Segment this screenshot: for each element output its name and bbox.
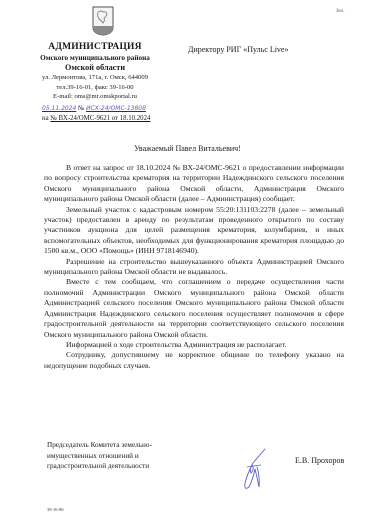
outgoing-no-label: №: [78, 105, 84, 112]
outgoing-registration: 05.11.2024 № ИСХ-24/ОМС-13808: [42, 105, 146, 112]
letter-body: В ответ на запрос от 18.10.2024 № ВХ-24/…: [44, 163, 344, 371]
org-address: ул. Лермонтова, 171а, г. Омск, 644009: [20, 73, 170, 83]
body-paragraph: Земельный участок с кадастровым номером …: [44, 205, 344, 257]
org-title: АДМИНИСТРАЦИЯ: [20, 42, 170, 54]
org-email: E-mail: oms@mr.omskportal.ru: [20, 92, 170, 102]
org-region: Омской области: [20, 63, 170, 73]
addressee: Директору РИГ «Пульс Live»: [188, 45, 288, 54]
body-paragraph: Разрешение на строительство вышеуказанно…: [44, 257, 344, 278]
greeting: Уважаемый Павел Витальевич!: [0, 144, 375, 153]
body-paragraph: Сотруднику, допустившему не корректное о…: [44, 350, 344, 371]
outgoing-number: ИСХ-24/ОМС-13808: [86, 105, 146, 112]
handwritten-signature-icon: [235, 447, 275, 493]
signer-name: Е.В. Прохоров: [295, 456, 344, 465]
org-phone-fax: тел.39-16-01, факс 39-16-00: [20, 83, 170, 93]
footer-phone: 39-16-90: [47, 507, 64, 512]
organization-header: АДМИНИСТРАЦИЯ Омского муниципального рай…: [20, 42, 170, 102]
reference-line: на № ВХ-24/ОМС-9621 от 18.10.2024: [42, 115, 150, 122]
coat-of-arms-icon: [92, 6, 114, 36]
reference-prefix: на: [42, 115, 49, 122]
body-paragraph: В ответ на запрос от 18.10.2024 № ВХ-24/…: [44, 163, 344, 205]
corner-note: Зел.: [336, 9, 344, 14]
org-subtitle: Омского муниципального района: [20, 54, 170, 63]
reference-number: № ВХ-24/ОМС-9621 от 18.10.2024: [50, 115, 150, 122]
outgoing-date: 05.11.2024: [42, 105, 76, 112]
body-paragraph: Информацией о ходе строительства Админис…: [44, 340, 344, 350]
signatory-title: Председатель Комитета земельно-имуществе…: [47, 440, 187, 472]
body-paragraph: Вместе с тем сообщаем, что соглашением о…: [44, 277, 344, 339]
